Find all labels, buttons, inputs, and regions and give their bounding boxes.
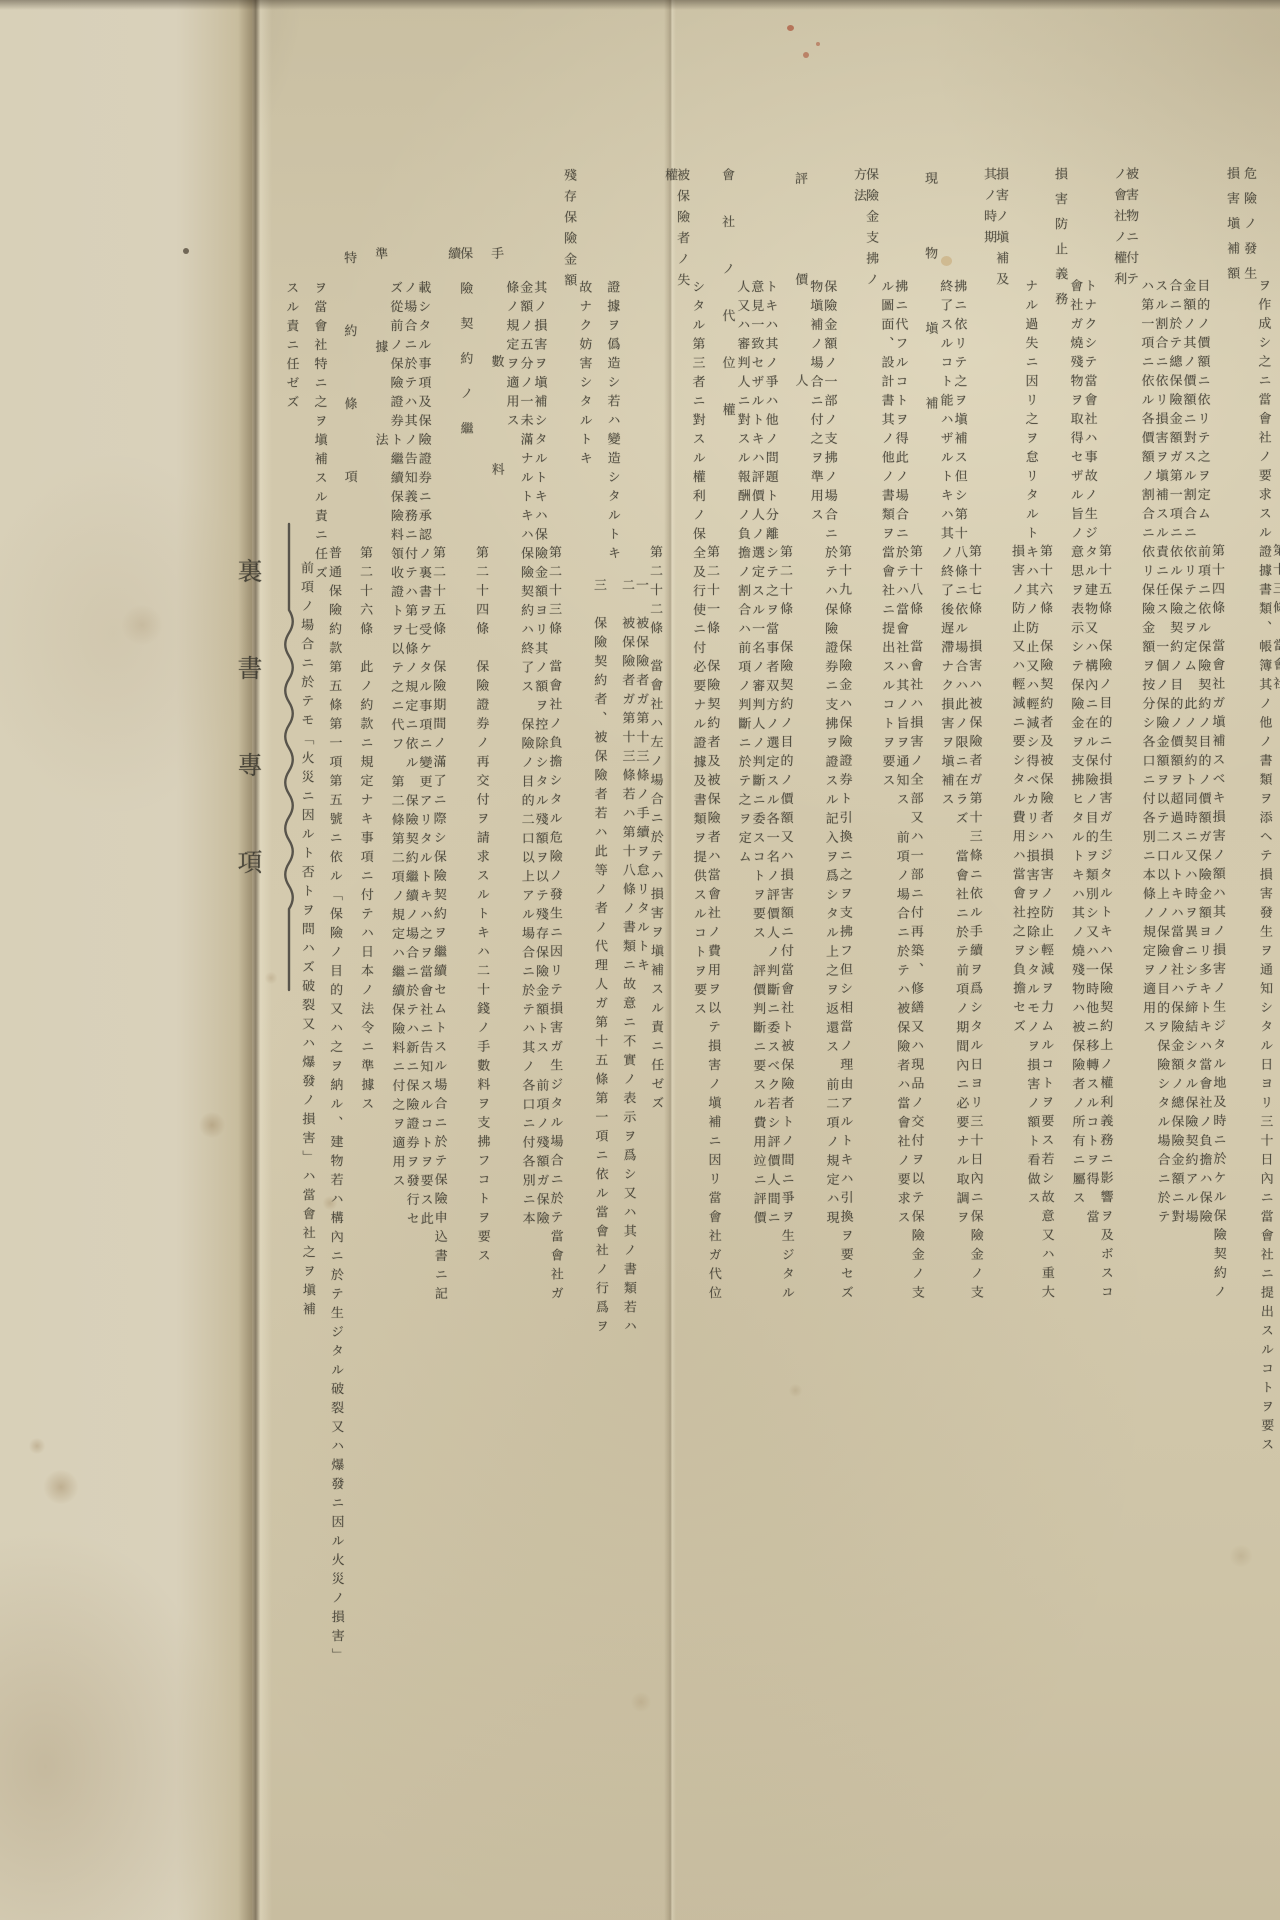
- text-column: ズ從前ノ保險證券ト繼續保險料領收證トヲ以テ之ニ代フ 第二條第二項ノ規定ハ繼續保險…: [388, 281, 403, 1193]
- text-column: 拂ニ依リテ之ヲ塡補ス但シ第十八條ニ依ル場合ハ此ノ限ニ在ラズ 當會社ニ於テ前項ノ期…: [952, 279, 967, 1229]
- kicker-label: 會社ノ代位權: [720, 168, 734, 450]
- text-column: 第十七條 損害ハ被保險者ガ第十三條ニ依ル手續ヲ爲シタル日ヨリ三十日內ニ保險金ノ支: [967, 544, 982, 1304]
- kicker-label: 方法: [852, 167, 865, 209]
- text-column: 普通保險約款第五條第一項第五號ニ依ル「保險ノ目的又ハ之ヲ納ル、建物若ハ構內ニ於テ…: [327, 546, 343, 1667]
- kicker-label: 續: [446, 246, 459, 259]
- text-column: 第二十二條 當會社ハ左ノ場合ニ於テハ損害ヲ塡補スル責ニ任ゼズ: [648, 545, 662, 1115]
- text-column: 一 被保險者ガ第十三條ノ手續ヲ怠リタルトキ: [634, 578, 648, 977]
- text-column: 終了スルコト能ハザルトキハ其ノ終了後遅滯ナク損害ヲ塡補ス: [938, 279, 952, 811]
- kicker-label: 權: [663, 168, 676, 189]
- kicker-label: 危險ノ發生: [1242, 166, 1255, 291]
- text-column: 第十三條 當會社: [1271, 543, 1280, 695]
- text-column: 目的ノ價額ニ依リテ之ヲ定ム 前項ニ依ル保險契約ノ目的ノ價額ガ保險金額ヨリ多キトキ…: [1195, 279, 1210, 1229]
- kicker-label: 損害塡補額: [1225, 166, 1238, 291]
- text-column: ナル過失ニ因リ之ヲ怠リタルトキハ其ノ防止又ハ輕減シ得ベカリシ損害ヲ控除シタルモノ…: [1023, 279, 1038, 1210]
- text-column: 損害ノ防止又ハ輕減ニ要シタル費用ハ當會社之ヲ負擔セズ: [1010, 544, 1024, 1038]
- text-column: トキハ其ノ爭ハ他ノ問題ト分離シテ之ヲ當事者双方ノ選定スル各一名ノ評價人ノ判斷ニ委…: [763, 280, 778, 1230]
- text-column: 三 保險契約者、被保險者若ハ此等ノ者ノ代理人ガ第十五條第一項ニ依ル當會社ノ行爲ヲ: [592, 578, 607, 1338]
- text-column: 第十四條 當會社ガ塡補スベキ損害ノ額ハ其ノ損害ノ生ジタル地及時ニ於ケル保險契約ノ: [1210, 543, 1225, 1303]
- text-column: 金額ノ五分ノ一未滿ナルトキハ保險契約ハ終了ス 保險ノ目的二口以上アル場合ニ於テハ…: [518, 280, 533, 1230]
- text-column: 載シタル事項及保險證券ニ承認ノ裏書ヲ受ケタル事項ニ變更アリタルトキハ之ヲ當會社ニ…: [416, 281, 431, 1231]
- text-column: 條ノ規定ヲ適用ス: [504, 280, 517, 432]
- kicker-label: 手數料: [489, 246, 503, 570]
- text-column: 第二十五條 保險期間ノ滿了ニ際シ保險契約ヲ繼續セムトスル場合ニ於テ保險申込書ニ記: [431, 546, 446, 1306]
- text-column: 其ノ損害ヲ塡補シタルトキハ保險金額ヨリ其ノ額ヲ控除シタル殘額ヲ以テ殘存保險金額ト…: [532, 280, 547, 1230]
- text-column: 第十八條 當會社ハ損害ノ全部又ハ一部ニ付再築、修繕又ハ現品ノ交付ヲ以テ保險金ノ支: [908, 544, 923, 1304]
- text-column: ノ場合ニ於テハ其ノ告知義務ニ付テハ第七條ノ規定ニ依ル 保險契約繼續ノ場合ニ於テハ…: [402, 281, 417, 1231]
- policy-text-layer: 第十三條 當會社ヲ作成シ之ニ當會社ノ要求スル證據書類、帳簿其ノ他ノ書類ヲ添ヘテ損…: [0, 0, 1280, 1920]
- text-column: 第十五條 保險ノ目的ニ付損害ガ生ジタルトキハ保險契約上ノ權利義務ニ影響ヲ及ボスコ: [1097, 544, 1112, 1304]
- text-column: スル割合ニ依リ損害ヲ塡補スル責ニ任ス 一個ノ保險金額ヲ以テ二口以上ノ保險ノ目的ヲ…: [1153, 279, 1168, 1229]
- text-column: 合ニ於テ總保險金額ガ第一項ニ依ル保險契約ノ目的ノ價額ヲ超過スルトキハ當會社ハ保險…: [1167, 279, 1182, 1229]
- text-column: 第二十六條 此ノ約款ニ規定ナキ事項ニ付テハ日本ノ法令ニ準據ス: [358, 546, 372, 1116]
- text-column: ハ第一項ニ依ル各價額ノ割合ニ依リ保險金額ヲ按分シ各口ニ付各別ニ本條ノ規定ヲ適用ス: [1139, 279, 1154, 1039]
- text-column: 第二十三條 當會社ノ負擔シタル危險ノ發生ニ因リテ損害ガ生ジタル場合ニ於テ當會社ガ: [547, 545, 562, 1305]
- kicker-label: 特約條項: [342, 251, 356, 543]
- kicker-label: 現物塡補: [923, 171, 937, 471]
- text-column: ヲ作成シ之ニ當會社ノ要求スル證據書類、帳簿其ノ他ノ書類ヲ添ヘテ損害發生ヲ通知シタ…: [1256, 278, 1272, 1456]
- text-column: 第二十條 保險契約ノ目的ノ價額又ハ損害額ニ付當會社ト被保險者トノ間ニ爭ヲ生ジタル: [778, 545, 793, 1305]
- text-column: ヲ當會社特ニ之ヲ塡補スル責ニ任ズ: [312, 281, 326, 585]
- text-column: シタル第三者ニ對スル權利ノ保全及行使ニ付必要ナル證據及書類ヲ提供スルコトヲ要ス: [690, 280, 705, 1021]
- text-column: スル責ニ任ゼズ: [284, 281, 297, 414]
- text-column: 第二十一條 保險契約者及被保險者ハ當會社ノ費用ヲ以テ損害ノ塡補ニ因リ當會社ガ代位: [705, 545, 720, 1305]
- text-column: 物塡補ノ場合ニ付之ヲ準用ス: [808, 280, 822, 527]
- text-column: 第二十四條 保險證券ノ再交付ヲ請求スルトキハ二十錢ノ手數料ヲ支拂フコトヲ要ス: [474, 545, 489, 1267]
- text-column: 金額ノ其ノ價額ニ對スル割合ニ依リテ之ヲ定ム 此ノ契約ト同時ニ又ハ時ヲ異ニシテ締結…: [1181, 279, 1196, 1229]
- text-column: 意見一致セザルトキハ評價人ノ選定スル一名ノ審判人ノ判斷ニ委スコトヲ要ス 評價判斷…: [749, 280, 764, 1230]
- text-column: 保險金額ノ一部ノ支拂ノ場合ニ於テハ保險證券ニ支拂ヲ證スル記入ヲ爲シタル上之ヲ返還…: [822, 279, 837, 1229]
- text-column: 第十九條 保險金ハ保險證券ト引換ニ之ヲ支拂フ但シ相當ノ理由アルトキハ引換ヲ要セズ: [837, 544, 852, 1304]
- document-page: 裏書專項 第十三條 當會社ヲ作成シ之ニ當會社ノ要求スル證據書類、帳簿其ノ他ノ書類…: [0, 0, 1280, 1920]
- kicker-label: 殘存保險金額: [562, 168, 575, 294]
- text-column: 人又ハ審判人ニ對スル報酬ノ負擔ノ割合ハ前項ノ判斷ニ於テ之ヲ定ム: [735, 280, 750, 869]
- text-column: ル圖面、設計書其ノ他ノ書類ヲ當會社ニ提出スルコトヲ要ス: [879, 279, 893, 792]
- text-column: 故ナク妨害シタルトキ: [577, 280, 590, 470]
- text-column: トナクシテ當會社ハ事故ノ生ジタル建物又ハ構內ニ在ル保險ノ目的ヲ類別シ又ハ一時他ニ…: [1082, 279, 1097, 1229]
- kicker-label: ノ會社ノ權利: [1112, 167, 1125, 293]
- text-column: 前項ノ場合ニ於テモ「火災ニ因ルト否トヲ問ハズ破裂又ハ爆發ノ損害」ハ當會社之ヲ塡補: [299, 561, 314, 1321]
- text-column: 證據ヲ僞造シ若ハ變造シタルトキ: [605, 280, 619, 565]
- text-column: 會社ガ燒殘物ヲ取得セザル旨ノ意思ヲ表示シテ保險金ヲ支拂ヒタルトキハ其ノ燒殘物ハ被…: [1068, 279, 1083, 1210]
- kicker-label: 準據法: [373, 247, 387, 526]
- kicker-label: 保險契約ノ繼: [458, 246, 472, 456]
- kicker-label: 損害防止義務: [1053, 167, 1066, 317]
- kicker-label: 其ノ時期: [982, 167, 995, 251]
- text-column: 拂ニ代フルコトヲ得此ノ場合ニ於テハ當會社ハ其ノ旨ヲ通知ス 前項ノ場合ニ於テハ被保…: [893, 279, 908, 1229]
- text-column: 第十六條 保險契約者及被保險者ハ損害ノ防止輕減ヲ力ムルコトヲ要ス若シ故意又ハ重大: [1038, 544, 1053, 1304]
- text-column: 二 被保險者ガ第十三條若ハ第十八條ノ書類ニ故意ニ不實ノ表示ヲ爲シ又ハ其ノ書類若ハ: [620, 578, 635, 1338]
- kicker-label: 評價人: [793, 172, 807, 475]
